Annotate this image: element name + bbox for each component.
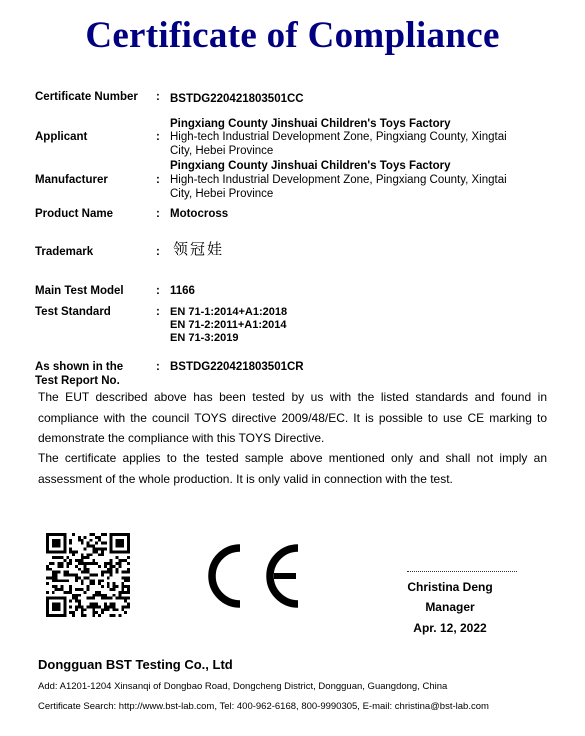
field-value: BSTDG220421803501CR <box>170 360 570 374</box>
certificate-title: Certificate of Compliance <box>0 14 585 57</box>
applicant-address-line1: High-tech Industrial Development Zone, P… <box>170 130 570 144</box>
statement-paragraph-2: The certificate applies to the tested sa… <box>38 448 547 489</box>
field-label: Certificate Number <box>35 90 153 104</box>
test-standard-list: EN 71-1:2014+A1:2018 EN 71-2:2011+A1:201… <box>170 306 570 345</box>
test-standard-item: EN 71-3:2019 <box>170 332 570 345</box>
signature-line <box>407 571 517 572</box>
signatory-name: Christina Deng <box>385 580 515 594</box>
trademark-value: 领冠娃 <box>173 242 573 256</box>
manufacturer-address-line2: City, Hebei Province <box>170 187 570 201</box>
issuer-contact: Certificate Search: http://www.bst-lab.c… <box>38 701 489 712</box>
field-label: Main Test Model <box>35 284 153 298</box>
manufacturer-address-line1: High-tech Industrial Development Zone, P… <box>170 173 570 187</box>
signatory-title: Manager <box>385 600 515 614</box>
field-label: Manufacturer <box>35 173 153 187</box>
field-label: Product Name <box>35 207 153 221</box>
ce-mark-icon <box>208 544 302 608</box>
field-label: Applicant <box>35 130 153 144</box>
field-value: BSTDG220421803501CC <box>170 92 570 106</box>
test-standard-item: EN 71-1:2014+A1:2018 <box>170 306 570 319</box>
statement-paragraph-1: The EUT described above has been tested … <box>38 387 547 449</box>
field-value: Motocross <box>170 207 570 221</box>
test-standard-item: EN 71-2:2011+A1:2014 <box>170 319 570 332</box>
field-label: As shown in the Test Report No. <box>35 360 153 388</box>
signatory-date: Apr. 12, 2022 <box>385 621 515 635</box>
applicant-name: Pingxiang County Jinshuai Children's Toy… <box>170 117 570 131</box>
applicant-address-line2: City, Hebei Province <box>170 144 570 158</box>
field-value: 1166 <box>170 284 570 298</box>
issuer-company: Dongguan BST Testing Co., Ltd <box>38 657 233 672</box>
qr-code-icon[interactable] <box>46 533 130 617</box>
issuer-address: Add: A1201-1204 Xinsanqi of Dongbao Road… <box>38 681 447 692</box>
manufacturer-name: Pingxiang County Jinshuai Children's Toy… <box>170 159 570 173</box>
field-label: Trademark <box>35 245 153 259</box>
field-label: Test Standard <box>35 305 153 319</box>
